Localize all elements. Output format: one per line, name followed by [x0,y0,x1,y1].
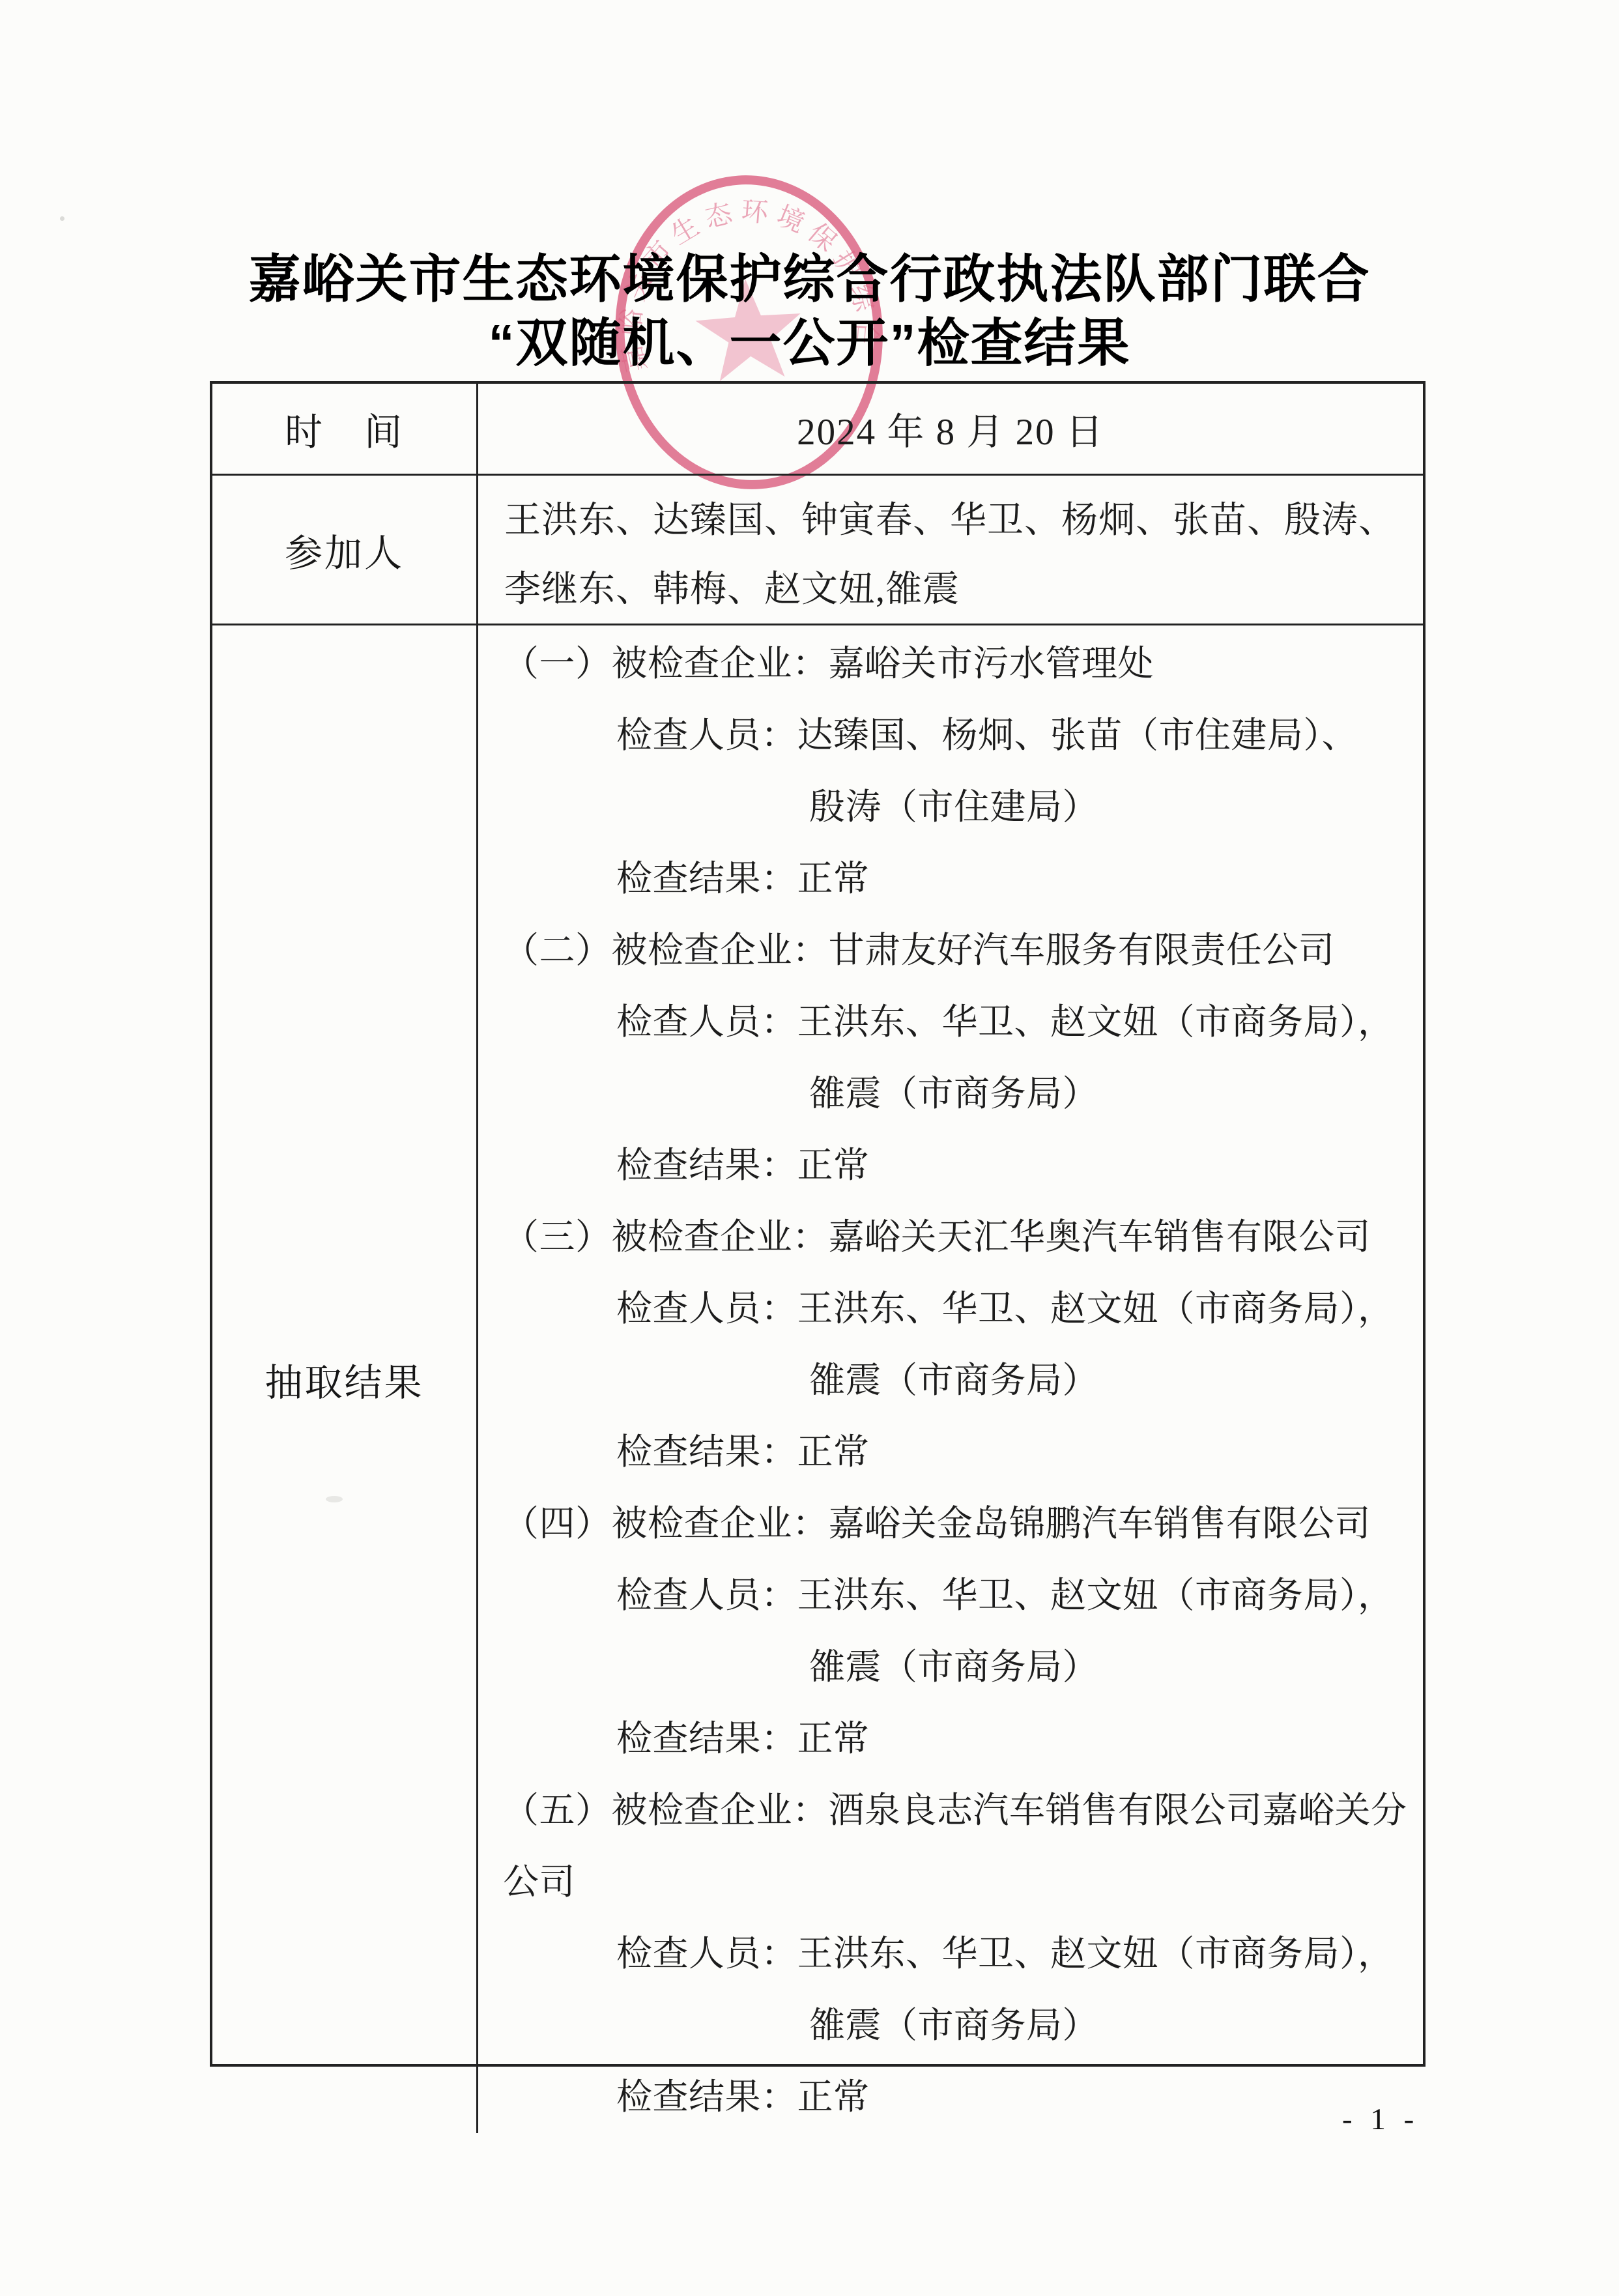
scan-speck [326,1496,343,1502]
result-line: 检查人员：王洪东、华卫、赵文妞（市商务局）， [478,986,1423,1058]
result-line: （二）被检查企业：甘肃友好汽车服务有限责任公司 [478,915,1423,986]
result-line: （五）被检查企业：酒泉良志汽车销售有限公司嘉峪关分公司 [478,1775,1423,1918]
time-label-cell: 时 间 [212,384,478,474]
time-value-cell: 2024 年 8 月 20 日 [478,384,1423,474]
participants-label-cell: 参加人 [212,474,478,624]
result-line: 检查结果：正常 [478,1416,1423,1488]
result-line: （四）被检查企业：嘉峪关金岛锦鹏汽车销售有限公司 [478,1488,1423,1560]
document-title: 嘉峪关市生态环境保护综合行政执法队部门联合 “双随机、一公开”检查结果 [0,248,1619,375]
result-line: 检查结果：正常 [478,1703,1423,1775]
result-line: 雒震（市商务局） [478,1990,1423,2061]
scan-speck [60,216,64,221]
result-line: 检查人员：达臻国、杨炯、张苗（市住建局）、 [478,700,1423,771]
page-number: - 1 - [1342,2102,1419,2137]
result-line: （一）被检查企业：嘉峪关市污水管理处 [478,628,1423,700]
result-line: （三）被检查企业：嘉峪关天汇华奥汽车销售有限公司 [478,1201,1423,1273]
result-line: 检查结果：正常 [478,843,1423,915]
result-line: 检查人员：王洪东、华卫、赵文妞（市商务局）， [478,1273,1423,1345]
participants-line-1: 王洪东、达臻国、钟寅春、华卫、杨炯、张苗、殷涛、 [504,486,1403,555]
result-line: 雒震（市商务局） [478,1058,1423,1130]
result-line: 殷涛（市住建局） [478,771,1423,843]
document-page: 嘉峪关市生态环境保护综合行政执法队部门联合 “双随机、一公开”检查结果 嘉峪关市… [0,0,1619,2296]
results-value-cell: （一）被检查企业：嘉峪关市污水管理处 检查人员：达臻国、杨炯、张苗（市住建局）、… [478,624,1423,2133]
result-line: 检查人员：王洪东、华卫、赵文妞（市商务局）， [478,1560,1423,1631]
inspection-table: 时 间 2024 年 8 月 20 日 参加人 王洪东、达臻国、钟寅春、华卫、杨… [210,381,1426,2067]
result-line: 检查人员：王洪东、华卫、赵文妞（市商务局）， [478,1918,1423,1990]
result-line: 检查结果：正常 [478,2061,1423,2133]
results-label-cell: 抽取结果 [212,624,478,2133]
participants-value-cell: 王洪东、达臻国、钟寅春、华卫、杨炯、张苗、殷涛、 李继东、韩梅、赵文妞,雒震 [478,474,1423,624]
document-title-line1: 嘉峪关市生态环境保护综合行政执法队部门联合 [0,248,1619,311]
document-title-line2: “双随机、一公开”检查结果 [0,311,1619,375]
result-line: 检查结果：正常 [478,1130,1423,1201]
result-line: 雒震（市商务局） [478,1345,1423,1416]
result-line: 雒震（市商务局） [478,1631,1423,1703]
participants-line-2: 李继东、韩梅、赵文妞,雒震 [504,555,1403,624]
